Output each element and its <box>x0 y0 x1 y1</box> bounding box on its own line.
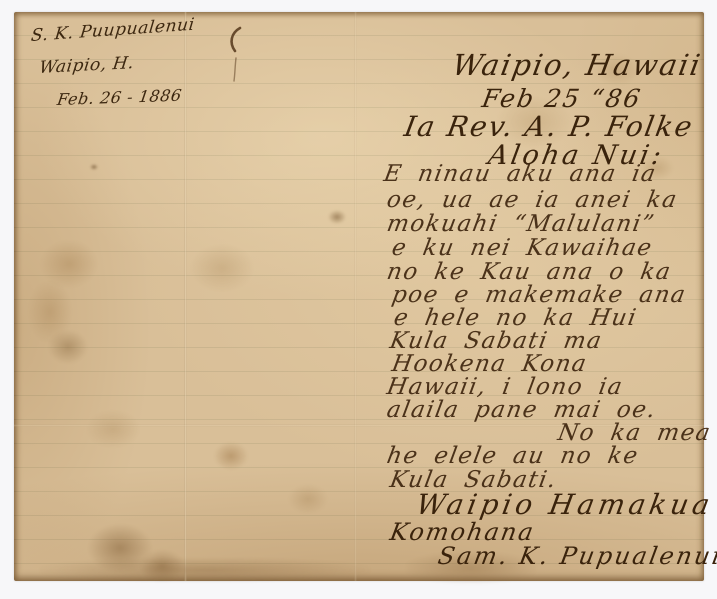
stain <box>86 410 140 448</box>
letter-body-line: E ninau aku ana ia <box>382 162 659 186</box>
letter-body-line: Kula Sabati ma <box>388 329 604 353</box>
letter-body-line: Hawaii, i lono ia <box>385 375 625 399</box>
letter-body-line: he elele au no ke <box>385 444 641 468</box>
stain <box>90 164 98 170</box>
letter-body-line: alaila pane mai oe. <box>385 398 658 422</box>
stain <box>40 558 370 582</box>
fold-crease-vertical-left <box>184 12 187 581</box>
letter-date-line: Feb 25 “86 <box>480 86 644 112</box>
letter-body-line: mokuahi “Malulani” <box>385 212 657 236</box>
stain <box>48 330 88 364</box>
letter-paper: S. K. Puupualenui Waipio, H. Feb. 26 - 1… <box>14 12 704 581</box>
letter-body-line: e hele no ka Hui <box>392 306 639 330</box>
letter-body-line: No ka mea <box>556 421 713 445</box>
stain <box>214 442 248 470</box>
fold-crease-vertical-right <box>354 12 357 581</box>
letter-body-line: oe, ua ae ia anei ka <box>385 188 680 212</box>
letter-place-line: Waipio, Hawaii <box>450 50 704 80</box>
letter-body-line: e ku nei Kawaihae <box>390 236 655 260</box>
letter-addressee-line: Ia Rev. A. P. Folke <box>402 112 696 141</box>
scan-background: S. K. Puupualenui Waipio, H. Feb. 26 - 1… <box>0 0 717 599</box>
letter-signature: Sam. K. Pupualenui <box>436 544 717 569</box>
letter-body-line: Hookena Kona <box>390 352 589 376</box>
letter-body-line: poe e makemake ana <box>390 283 688 307</box>
letter-body-line: no ke Kau ana o ka <box>385 260 673 284</box>
stain <box>288 484 328 514</box>
letter-closing-line: Waipio Hamakua <box>414 490 716 519</box>
stray-ink-mark <box>222 24 252 88</box>
stain <box>190 244 254 292</box>
stain <box>328 210 346 224</box>
